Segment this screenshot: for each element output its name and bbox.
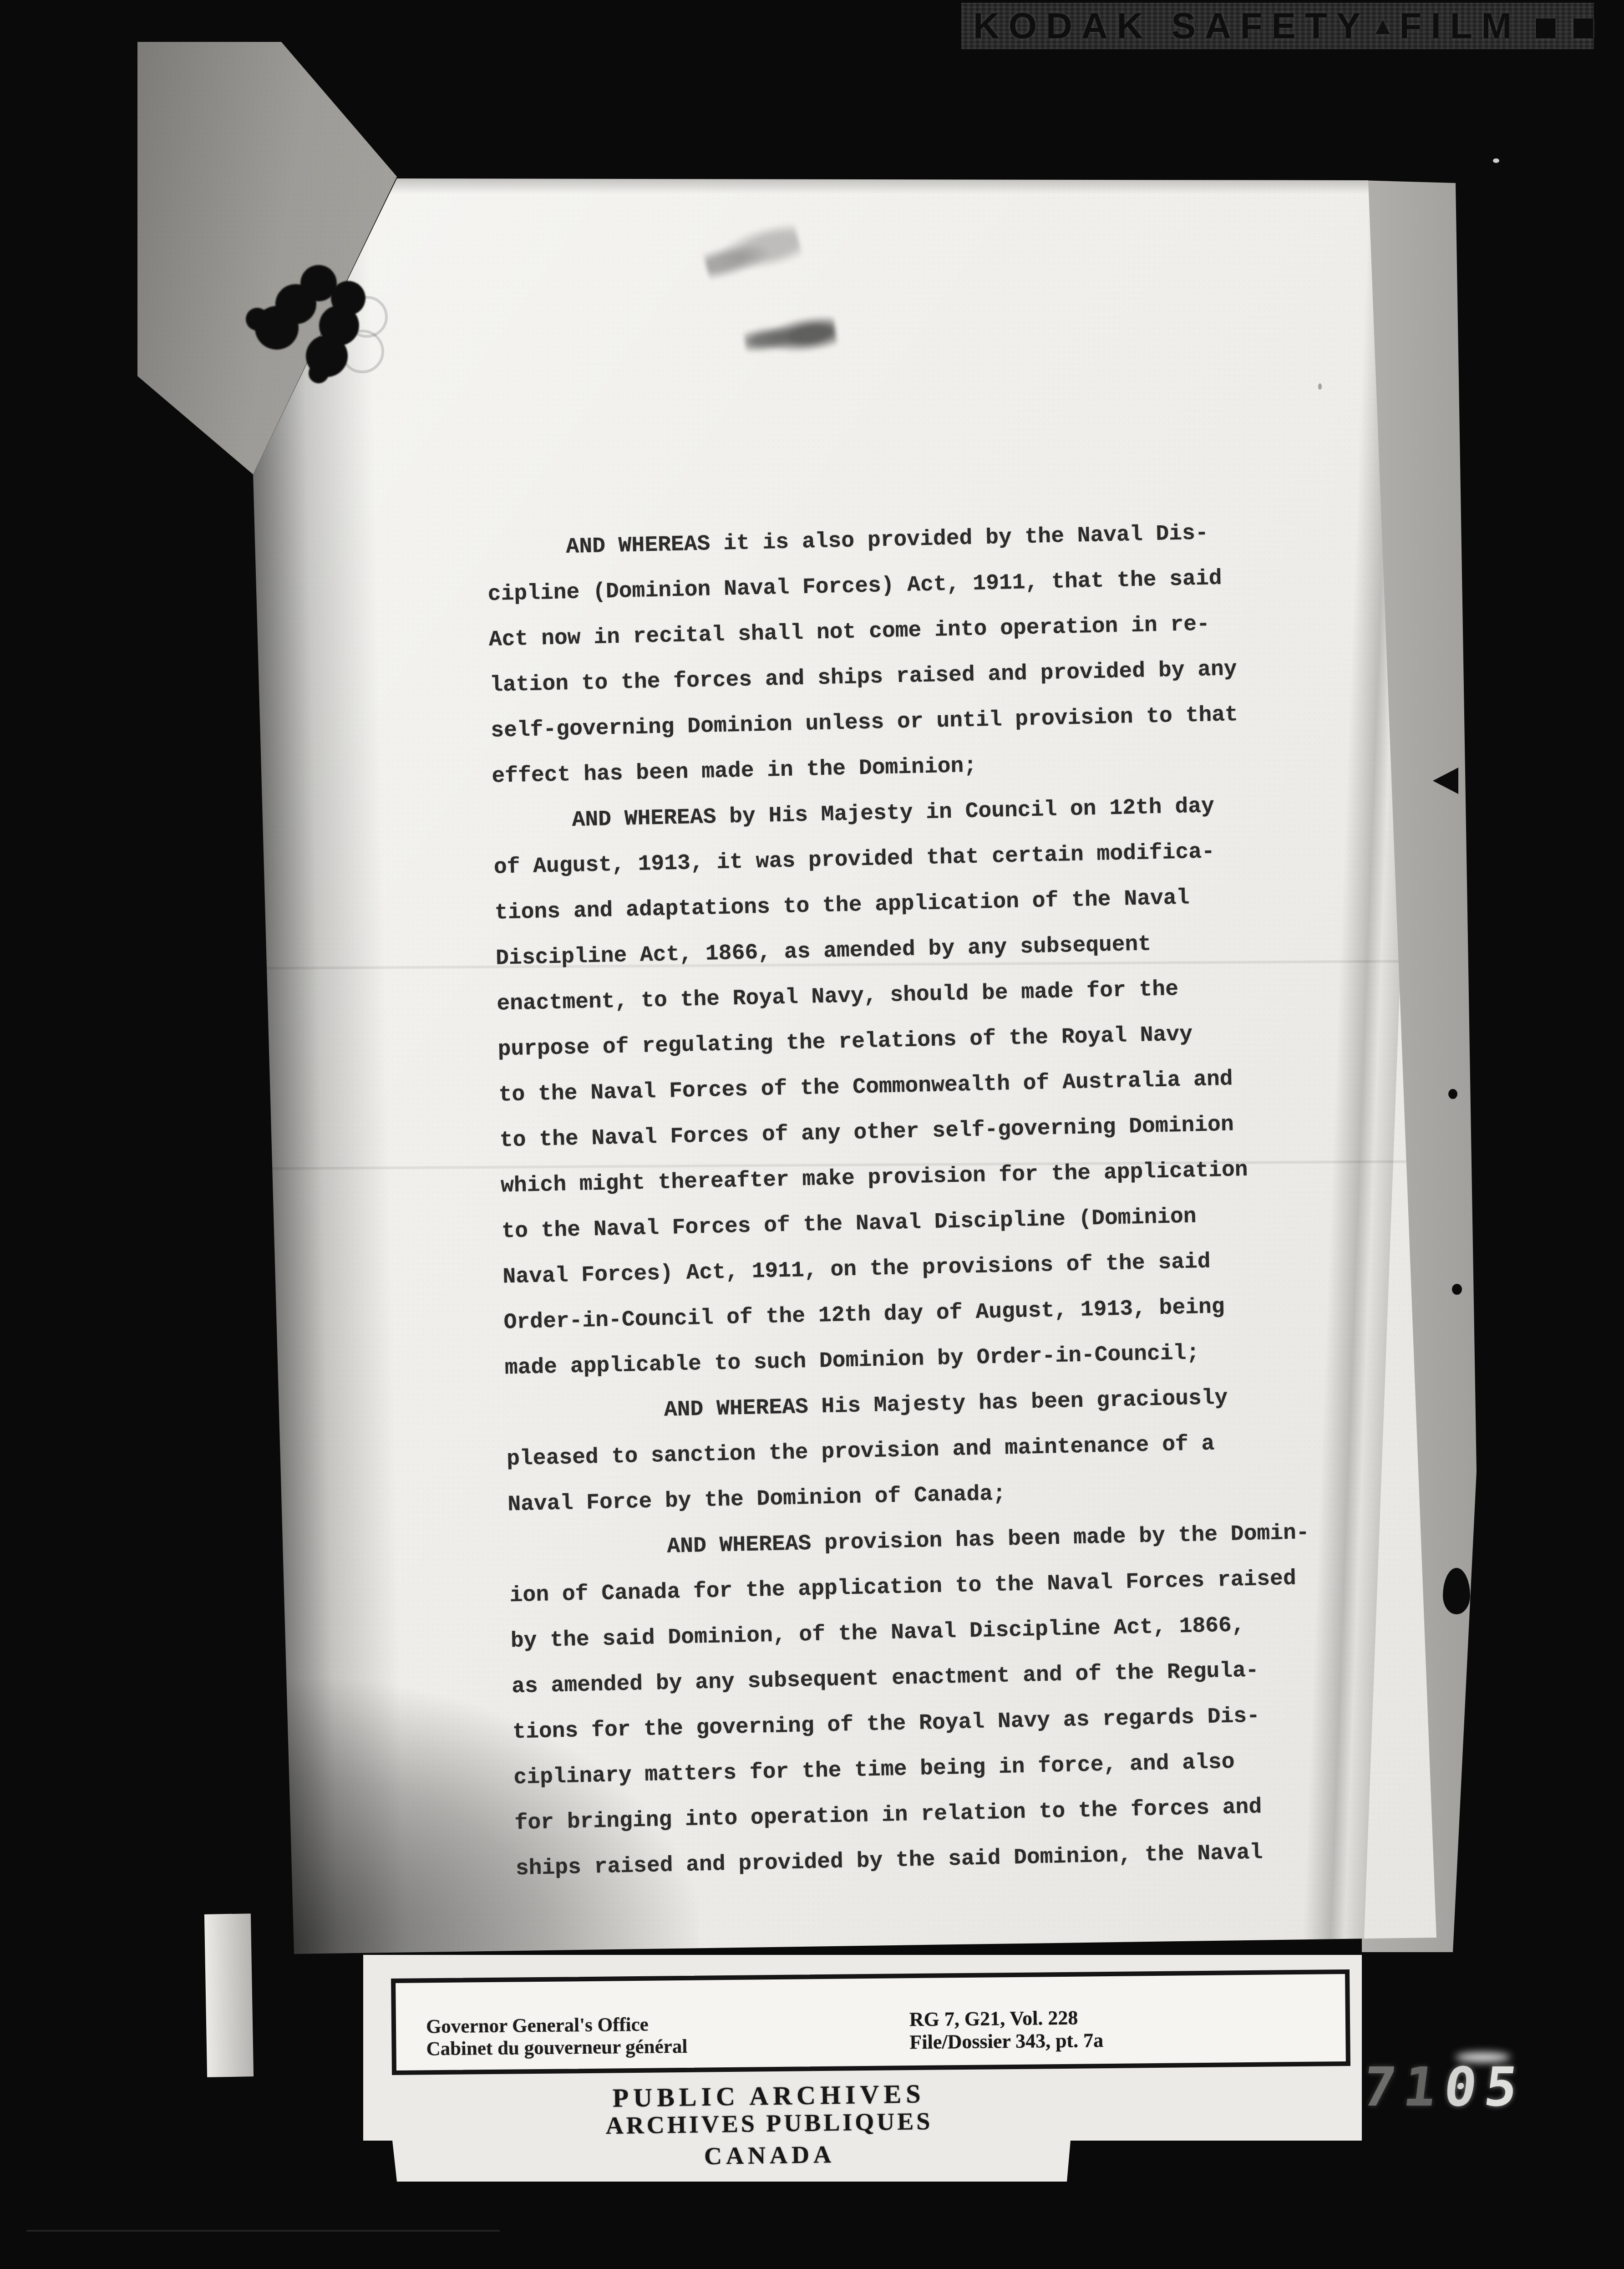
ink-smudge	[701, 220, 804, 286]
film-type-text: FILM	[1400, 5, 1521, 47]
page-top-shadow	[255, 173, 1447, 194]
office-stamp-text: Governor General's Office Cabinet du gou…	[426, 2013, 688, 2060]
film-speck	[1493, 158, 1499, 163]
film-brand-band: KODAK SAFETY ▲ FILM ◼ ◼	[961, 3, 1594, 49]
reference-file-line: File/Dossier 343, pt. 7a	[909, 2029, 1103, 2054]
edge-dot-mark	[1452, 1284, 1462, 1295]
archives-stamp-line-fr: ARCHIVES PUBLIQUES	[460, 2107, 1079, 2140]
counter-digit: 7	[1360, 2055, 1408, 2118]
film-speck	[1318, 383, 1322, 390]
film-triangle-icon: ▲	[1370, 12, 1395, 40]
film-scratch-line	[26, 2230, 500, 2232]
ink-blot	[309, 363, 329, 383]
edge-dot-mark	[1448, 1089, 1457, 1099]
typed-text: AND WHEREAS it is also provided by the N…	[483, 371, 1367, 2096]
office-stamp-line-en: Governor General's Office	[426, 2013, 687, 2038]
archives-stamp-country: CANADA	[460, 2139, 1080, 2172]
film-frame-marker-icon: ◼ ◼	[1533, 9, 1598, 43]
counter-digit: 0	[1441, 2055, 1489, 2118]
frame-counter: 7105	[1360, 2061, 1558, 2114]
ink-blot	[246, 308, 269, 331]
archives-stamp-line-en: PUBLIC ARCHIVES	[459, 2079, 1079, 2113]
provenance-stamp-box: Governor General's Office Cabinet du gou…	[391, 1969, 1350, 2075]
ink-smudge	[742, 307, 838, 365]
microfilm-scan-frame: KODAK SAFETY ▲ FILM ◼ ◼ Governor General…	[0, 0, 1624, 2269]
reference-volume-line: RG 7, G21, Vol. 228	[909, 2006, 1103, 2031]
counter-digit: 5	[1481, 2055, 1529, 2118]
public-archives-stamp: PUBLIC ARCHIVES ARCHIVES PUBLIQUES CANAD…	[459, 2079, 1079, 2172]
reference-stamp-text: RG 7, G21, Vol. 228 File/Dossier 343, pt…	[909, 2006, 1104, 2054]
paper-sliver	[204, 1913, 254, 2077]
office-stamp-line-fr: Cabinet du gouverneur général	[426, 2035, 687, 2060]
film-brand-text: KODAK SAFETY	[973, 5, 1370, 47]
counter-digit: 1	[1400, 2055, 1448, 2118]
